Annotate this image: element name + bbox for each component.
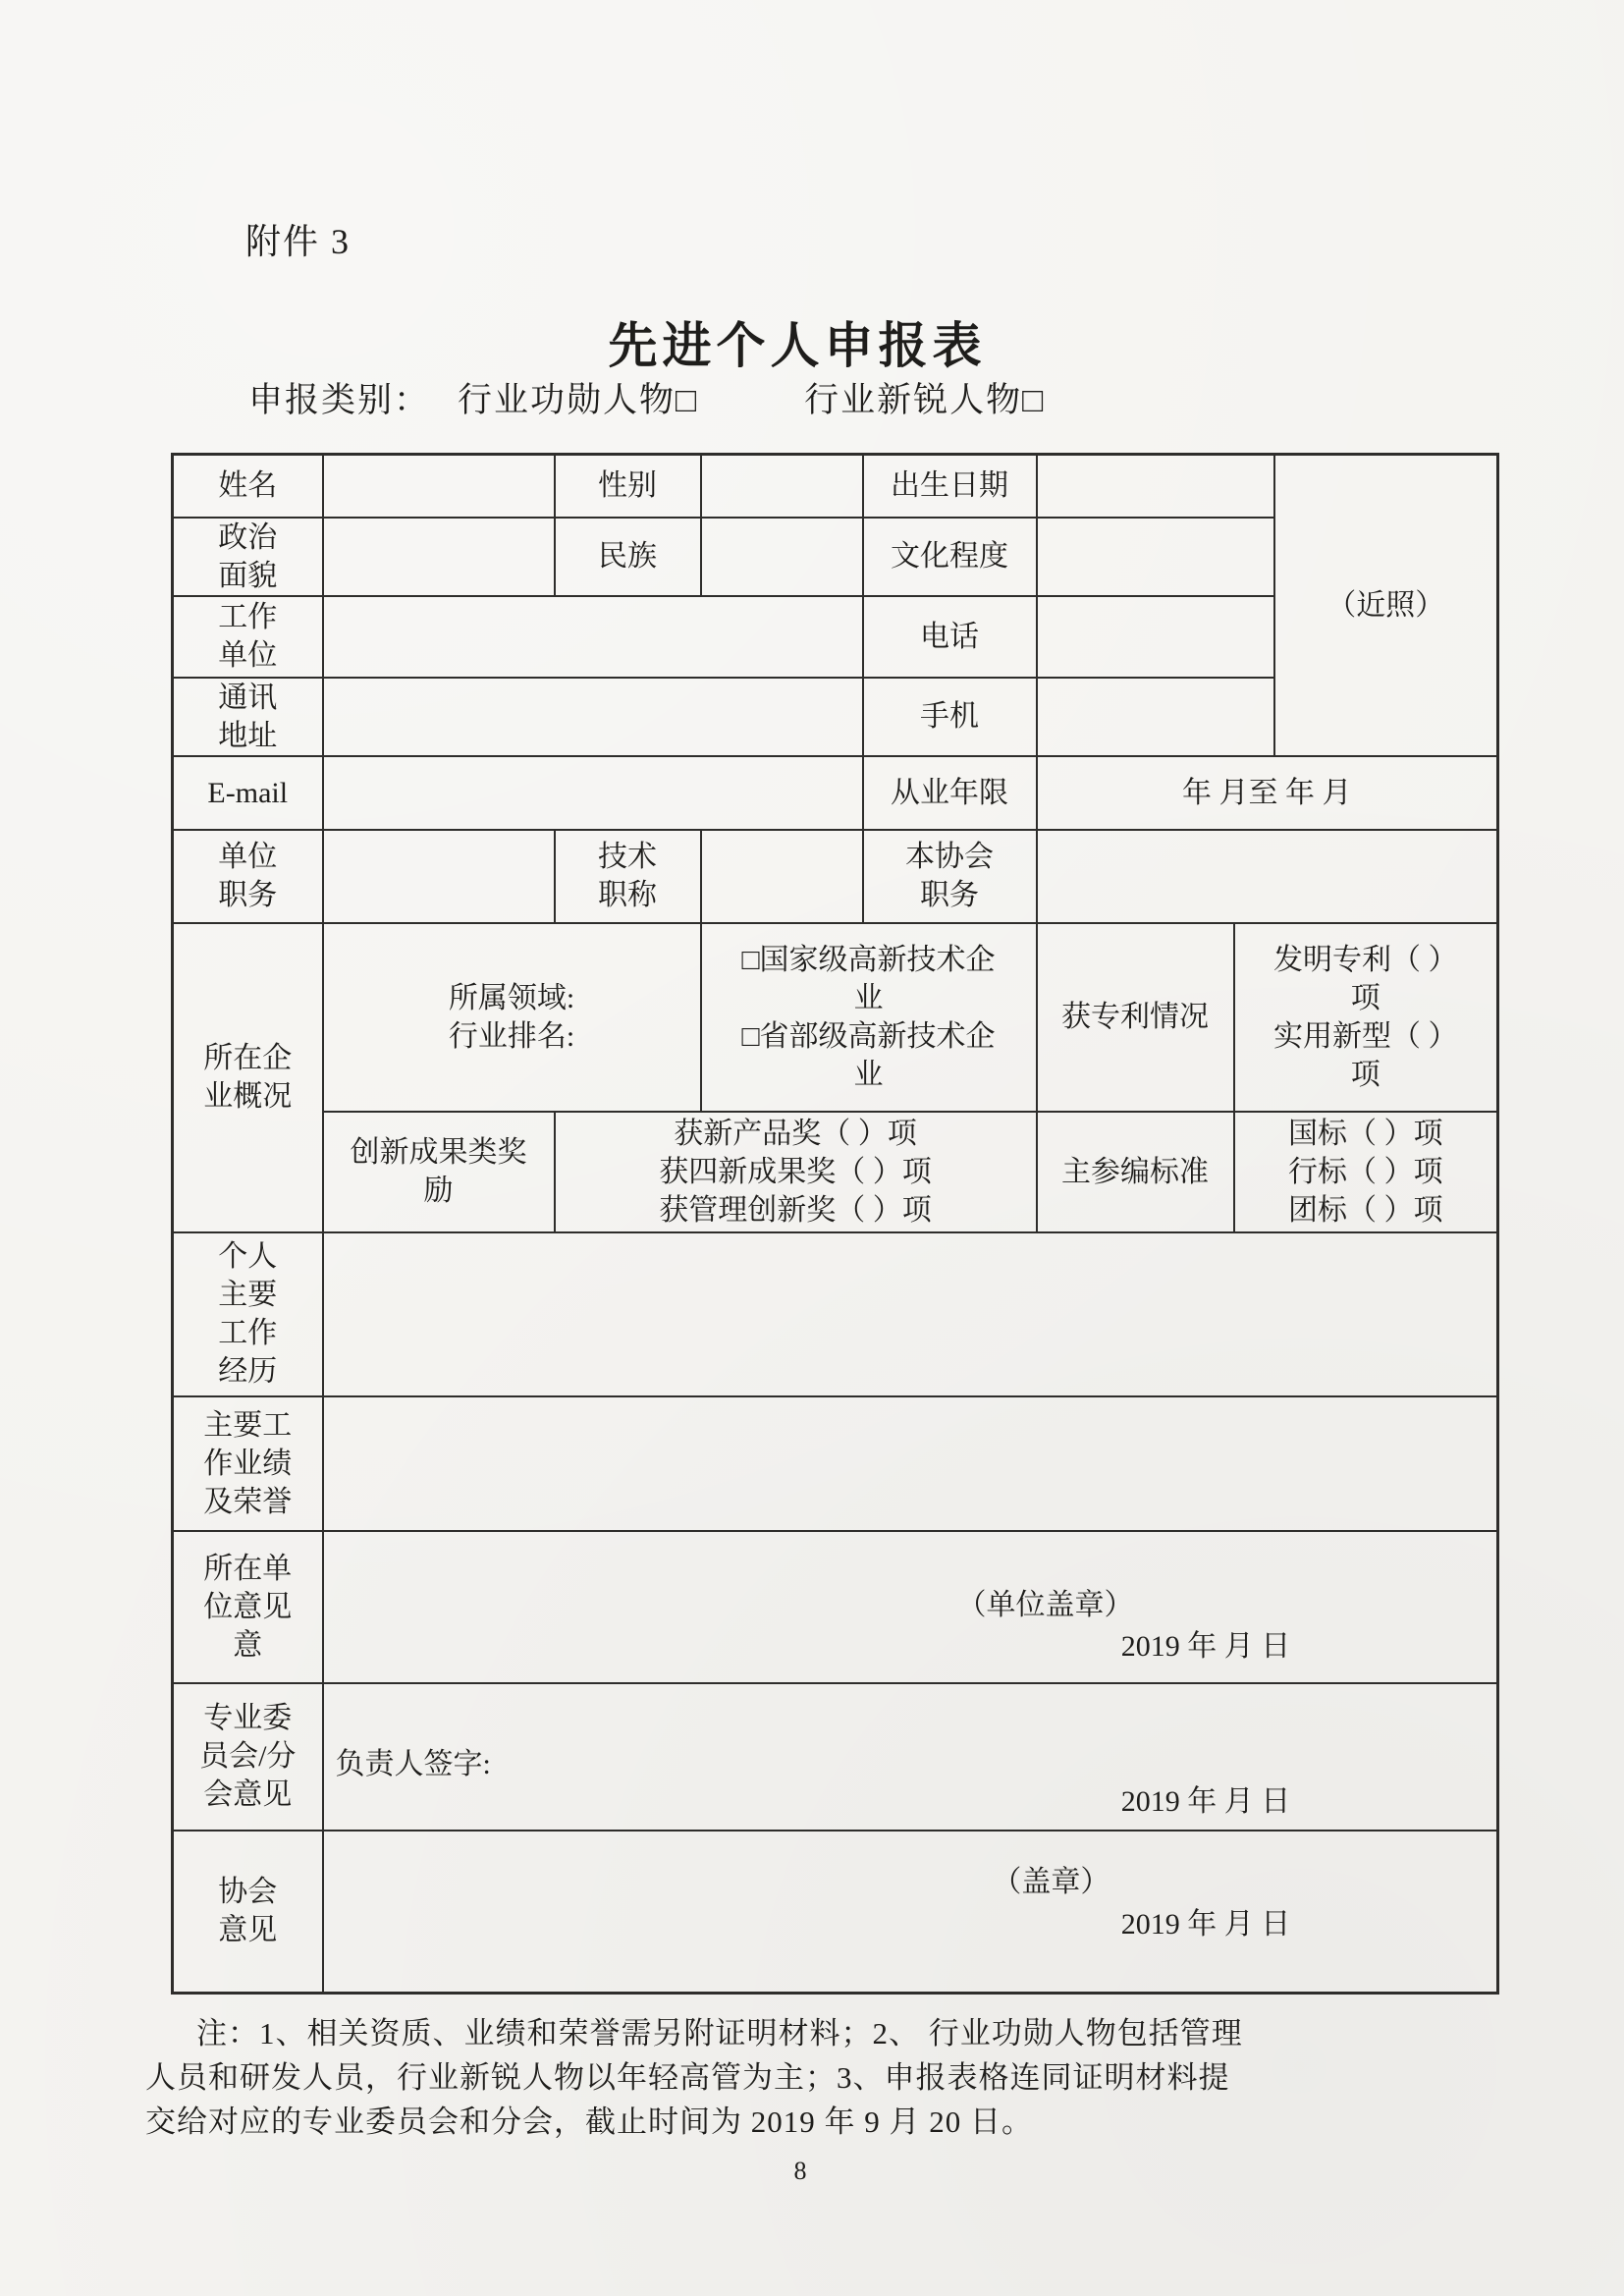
row-enterprise-2: 创新成果类奖 励 获新产品奖（ ）项 获四新成果奖（ ）项 获管理创新奖（ ）项… (173, 1112, 1498, 1232)
committee-label: 专业委 员会/分 会意见 (173, 1683, 323, 1831)
email-input-cell[interactable] (323, 756, 863, 830)
footnote-line-3: 交给对应的专业委员会和分会，截止时间为 2019 年 9 月 20 日。 (145, 2100, 1422, 2144)
committee-sign-label: 负责人签字: (336, 1745, 491, 1783)
attachment-label: 附件 3 (245, 214, 351, 264)
row-experience: 个人 主要 工作 经历 (173, 1232, 1498, 1396)
address-input-cell[interactable] (323, 678, 863, 756)
row-name: 姓名 性别 出生日期 （近照） (173, 455, 1498, 518)
patent-detail-cell[interactable]: 发明专利（ ） 项 实用新型（ ） 项 (1234, 923, 1498, 1112)
political-label: 政治 面貌 (173, 518, 323, 596)
row-assoc-opinion: 协会 意见 （盖章） 2019 年 月 日 (173, 1831, 1498, 1994)
scanned-form-page: 附件 3 先进个人申报表 申报类别： 行业功勋人物□ 行业新锐人物□ 姓名 性别… (0, 0, 1624, 2296)
ethnicity-input-cell[interactable] (701, 518, 863, 596)
unit-position-input-cell[interactable] (323, 830, 555, 923)
phone-input-cell[interactable] (1037, 596, 1274, 678)
achievement-label: 主要工 作业绩 及荣誉 (173, 1396, 323, 1531)
tech-title-input-cell[interactable] (701, 830, 863, 923)
ethnicity-label: 民族 (555, 518, 701, 596)
gender-label: 性别 (555, 455, 701, 518)
standard-detail-cell[interactable]: 国标（ ）项 行标（ ）项 团标（ ）项 (1234, 1112, 1498, 1232)
years-value-cell[interactable]: 年 月至 年 月 (1037, 756, 1498, 830)
political-input-cell[interactable] (323, 518, 555, 596)
email-label: E-mail (173, 756, 323, 830)
work-unit-label: 工作 单位 (173, 596, 323, 678)
footnote-line-2: 人员和研发人员，行业新锐人物以年轻高管为主；3、申报表格连同证明材料提 (145, 2055, 1422, 2100)
mobile-label: 手机 (863, 678, 1037, 756)
years-label: 从业年限 (863, 756, 1037, 830)
gender-input-cell[interactable] (701, 455, 863, 518)
unit-stamp-hint: （单位盖章） (957, 1586, 1134, 1624)
category-line: 申报类别： 行业功勋人物□ 行业新锐人物□ (248, 373, 1045, 422)
birth-date-label: 出生日期 (863, 455, 1037, 518)
category-label: 申报类别： (248, 373, 430, 422)
row-committee-opinion: 专业委 员会/分 会意见 负责人签字: 2019 年 月 日 (173, 1683, 1498, 1831)
row-enterprise-1: 所在企 业概况 所属领域: 行业排名: □国家级高新技术企 业 □省部级高新技术… (173, 923, 1498, 1112)
application-form-table: 姓名 性别 出生日期 （近照） 政治 面貌 民族 文化程度 工作 单位 电话 (171, 453, 1499, 1995)
form-title: 先进个人申报表 (0, 306, 1595, 377)
row-email: E-mail 从业年限 年 月至 年 月 (173, 756, 1498, 830)
hightech-checkbox-cell[interactable]: □国家级高新技术企 业 □省部级高新技术企 业 (701, 923, 1037, 1112)
name-input-cell[interactable] (323, 455, 555, 518)
enterprise-label: 所在企 业概况 (173, 923, 323, 1232)
award-detail-cell[interactable]: 获新产品奖（ ）项 获四新成果奖（ ）项 获管理创新奖（ ）项 (555, 1112, 1037, 1232)
row-position: 单位 职务 技术 职称 本协会 职务 (173, 830, 1498, 923)
photo-cell: （近照） (1274, 455, 1498, 756)
row-unit-opinion: 所在单 位意见 意 （单位盖章） 2019 年 月 日 (173, 1531, 1498, 1683)
row-achievement: 主要工 作业绩 及荣誉 (173, 1396, 1498, 1531)
experience-label: 个人 主要 工作 经历 (173, 1232, 323, 1396)
standard-label: 主参编标准 (1037, 1112, 1234, 1232)
category-option-rising[interactable]: 行业新锐人物□ (804, 373, 1045, 422)
unit-position-label: 单位 职务 (173, 830, 323, 923)
achievement-input-cell[interactable] (323, 1396, 1498, 1531)
assoc-position-input-cell[interactable] (1037, 830, 1498, 923)
tech-title-label: 技术 职称 (555, 830, 701, 923)
assoc-opinion-cell[interactable]: （盖章） 2019 年 月 日 (323, 1831, 1498, 1994)
birth-date-input-cell[interactable] (1037, 455, 1274, 518)
unit-opinion-cell[interactable]: （单位盖章） 2019 年 月 日 (323, 1531, 1498, 1683)
patent-label: 获专利情况 (1037, 923, 1234, 1112)
assoc-opinion-label: 协会 意见 (173, 1831, 323, 1994)
name-label: 姓名 (173, 455, 323, 518)
page-number: 8 (0, 2157, 1600, 2186)
mobile-input-cell[interactable] (1037, 678, 1274, 756)
unit-opinion-label: 所在单 位意见 意 (173, 1531, 323, 1683)
education-input-cell[interactable] (1037, 518, 1274, 596)
education-label: 文化程度 (863, 518, 1037, 596)
phone-label: 电话 (863, 596, 1037, 678)
assoc-date-line: 2019 年 月 日 (1121, 1905, 1291, 1943)
unit-date-line: 2019 年 月 日 (1121, 1627, 1291, 1666)
field-rank-cell[interactable]: 所属领域: 行业排名: (323, 923, 701, 1112)
committee-opinion-cell[interactable]: 负责人签字: 2019 年 月 日 (323, 1683, 1498, 1831)
footnote-line-1: 注：1、相关资质、业绩和荣誉需另附证明材料；2、 行业功勋人物包括管理 (145, 2011, 1422, 2055)
innovation-award-label: 创新成果类奖 励 (323, 1112, 555, 1232)
footnote: 注：1、相关资质、业绩和荣誉需另附证明材料；2、 行业功勋人物包括管理 人员和研… (145, 2011, 1422, 2144)
category-option-merit[interactable]: 行业功勋人物□ (458, 373, 698, 422)
work-unit-input-cell[interactable] (323, 596, 863, 678)
experience-input-cell[interactable] (323, 1232, 1498, 1396)
address-label: 通讯 地址 (173, 678, 323, 756)
committee-date-line: 2019 年 月 日 (1121, 1782, 1291, 1821)
assoc-position-label: 本协会 职务 (863, 830, 1037, 923)
assoc-stamp-hint: （盖章） (992, 1863, 1110, 1901)
